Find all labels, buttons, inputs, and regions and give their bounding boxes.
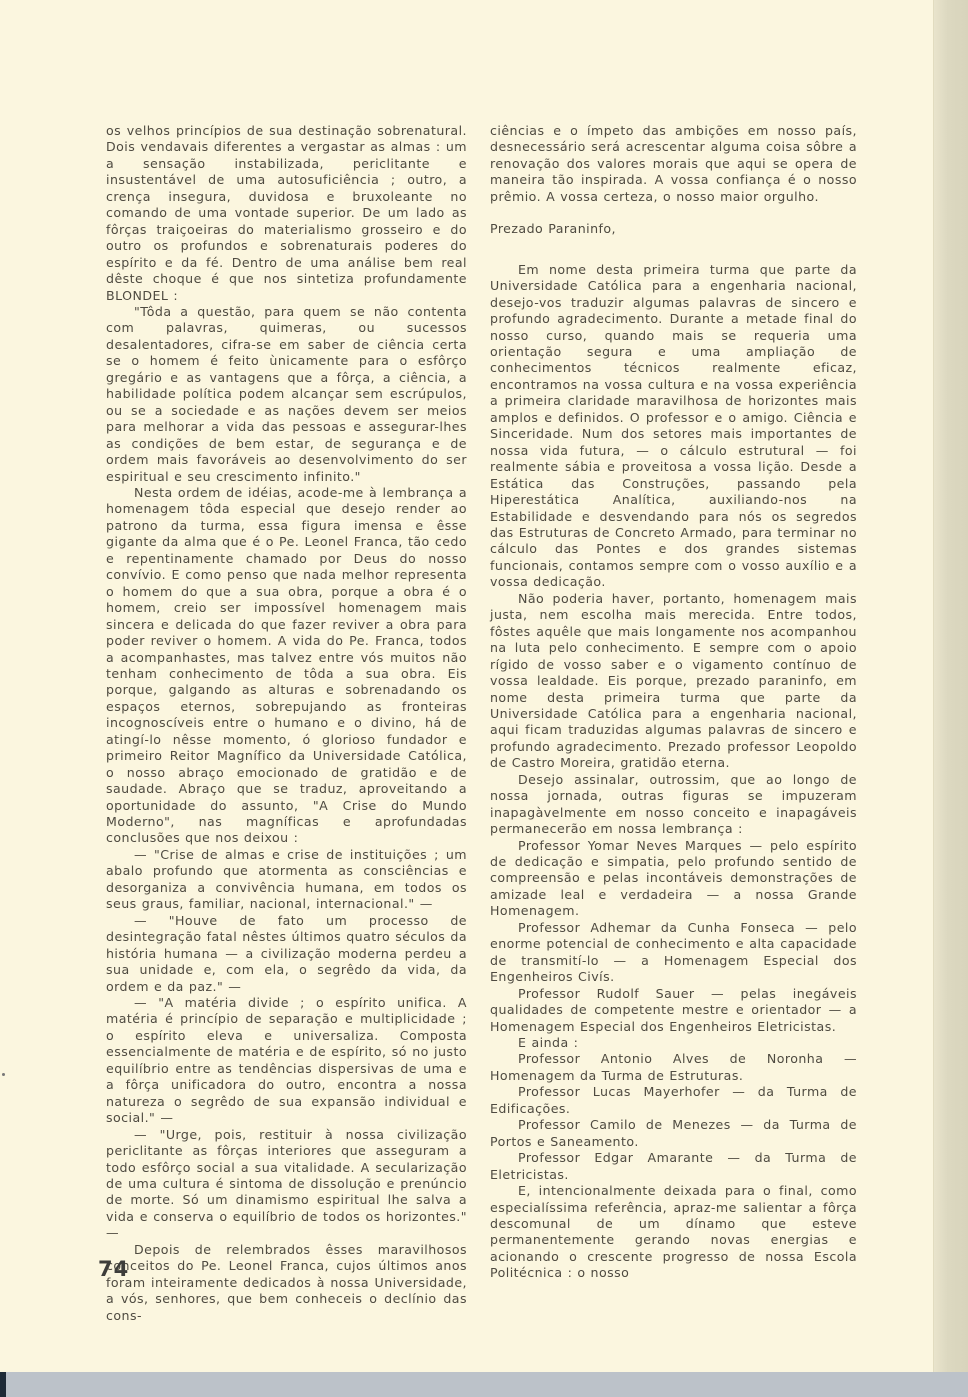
- page-fold-shadow: [933, 0, 968, 1372]
- quote-desintegracao: — "Houve de fato um processo de desinteg…: [106, 913, 467, 995]
- paragraph-final-reference: E, intencionalmente deixada para o final…: [490, 1183, 857, 1282]
- paragraph-em-nome: Em nome desta primeira turma que parte d…: [490, 262, 857, 591]
- paragraph-continuation: ciências e o ímpeto das ambições em noss…: [490, 123, 857, 205]
- quote-materia-divide: — "A matéria divide ; o espírito unifica…: [106, 995, 467, 1127]
- tribute-yomar: Professor Yomar Neves Marques — pelo esp…: [490, 838, 857, 920]
- scan-edge: [0, 1372, 6, 1397]
- e-ainda: E ainda :: [490, 1035, 857, 1051]
- tribute-lucas: Professor Lucas Mayerhofer — da Turma de…: [490, 1084, 857, 1117]
- paragraph-intro: os velhos princípios de sua destinação s…: [106, 123, 467, 304]
- paragraph-leonel-franca: Nesta ordem de idéias, acode-me à lembra…: [106, 485, 467, 847]
- tribute-antonio: Professor Antonio Alves de Noronha — Hom…: [490, 1051, 857, 1084]
- quote-urge-restituir: — "Urge, pois, restituir à nossa civiliz…: [106, 1127, 467, 1242]
- paragraph-desejo-assinalar: Desejo assinalar, outrossim, que ao long…: [490, 772, 857, 838]
- quote-crise-de-almas: — "Crise de almas e crise de instituiçõe…: [106, 847, 467, 913]
- right-column: ciências e o ímpeto das ambições em noss…: [490, 123, 857, 1282]
- document-page: os velhos princípios de sua destinação s…: [0, 0, 968, 1372]
- paragraph-depois: Depois de relembrados êsses maravilhosos…: [106, 1242, 467, 1324]
- tribute-rudolf: Professor Rudolf Sauer — pelas inegáveis…: [490, 986, 857, 1035]
- left-column: os velhos princípios de sua destinação s…: [106, 123, 467, 1324]
- scan-speck: [2, 1073, 5, 1076]
- paragraph-blondel-quote: "Tôda a questão, para quem se não conten…: [106, 304, 467, 485]
- tribute-adhemar: Professor Adhemar da Cunha Fonseca — pel…: [490, 920, 857, 986]
- paragraph-nao-poderia: Não poderia haver, portanto, homenagem m…: [490, 591, 857, 772]
- tribute-edgar: Professor Edgar Amarante — da Turma de E…: [490, 1150, 857, 1183]
- salutation: Prezado Paraninfo,: [490, 221, 857, 237]
- tribute-camilo: Professor Camilo de Menezes — da Turma d…: [490, 1117, 857, 1150]
- page-number: 74: [98, 1257, 129, 1281]
